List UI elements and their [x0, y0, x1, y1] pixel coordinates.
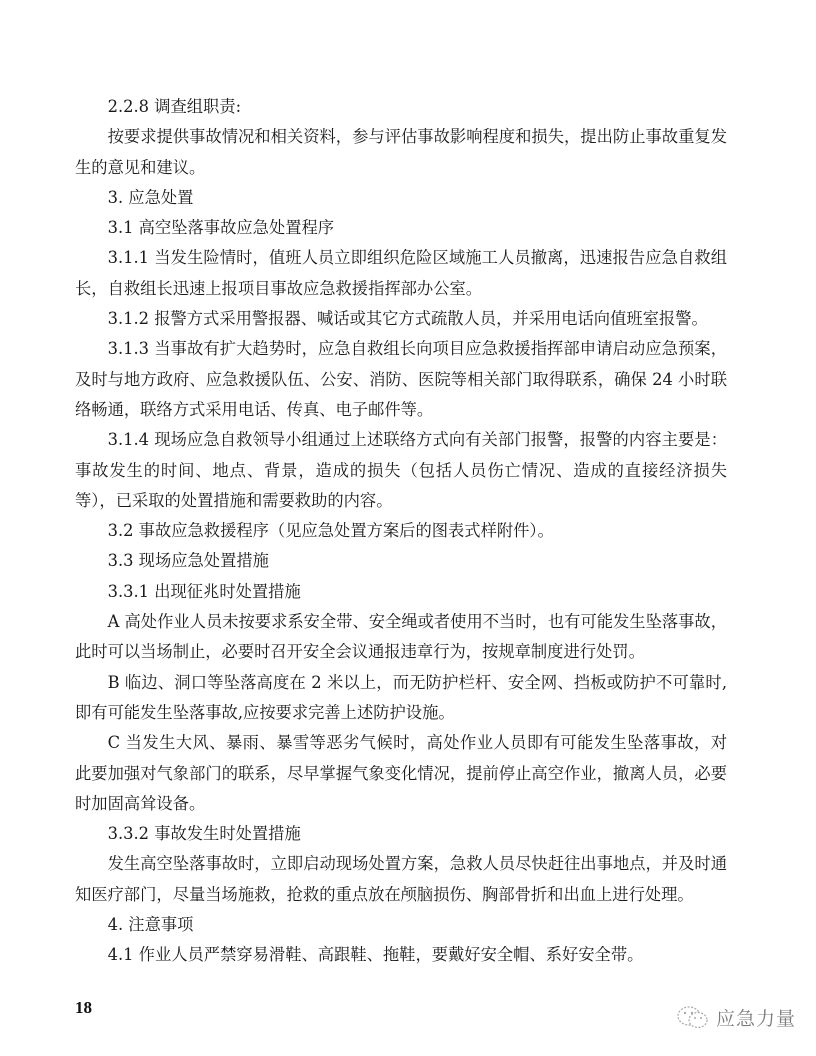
heading-3-3-1: 3.3.1 出现征兆时处置措施: [75, 577, 727, 607]
document-body: 2.2.8 调查组职责: 按要求提供事故情况和相关资料，参与评估事故影响程度和损…: [75, 92, 727, 971]
wechat-icon: [676, 1005, 710, 1031]
paragraph-3-3-2: 发生高空坠落事故时，立即启动现场处置方案，急救人员尽快赶往出事地点，并及时通知医…: [75, 849, 727, 910]
paragraph-4-1: 4.1 作业人员严禁穿易滑鞋、高跟鞋、拖鞋，要戴好安全帽、系好安全带。: [75, 940, 727, 970]
paragraph-item-a: A 高处作业人员未按要求系安全带、安全绳或者使用不当时，也有可能发生坠落事故，此…: [75, 607, 727, 668]
paragraph-investigation-duties: 按要求提供事故情况和相关资料，参与评估事故影响程度和损失，提出防止事故重复发生的…: [75, 122, 727, 183]
heading-3-1: 3.1 高空坠落事故应急处置程序: [75, 213, 727, 243]
paragraph-3-1-3: 3.1.3 当事故有扩大趋势时，应急自救组长向项目应急救援指挥部申请启动应急预案…: [75, 334, 727, 425]
page-number: 18: [75, 998, 92, 1018]
heading-3-3-2: 3.3.2 事故发生时处置措施: [75, 819, 727, 849]
heading-3-3: 3.3 现场应急处置措施: [75, 546, 727, 576]
paragraph-3-1-1: 3.1.1 当发生险情时，值班人员立即组织危险区域施工人员撤离，迅速报告应急自救…: [75, 243, 727, 304]
paragraph-item-b: B 临边、洞口等坠落高度在 2 米以上，而无防护栏杆、安全网、挡板或防护不可靠时…: [75, 668, 727, 729]
heading-3-emergency-response: 3. 应急处置: [75, 183, 727, 213]
paragraph-3-1-2: 3.1.2 报警方式采用警报器、喊话或其它方式疏散人员，并采用电话向值班室报警。: [75, 304, 727, 334]
paragraph-3-2: 3.2 事故应急救援程序（见应急处置方案后的图表式样附件）。: [75, 516, 727, 546]
paragraph-3-1-4: 3.1.4 现场应急自救领导小组通过上述联络方式向有关部门报警，报警的内容主要是…: [75, 425, 727, 516]
heading-4-notes: 4. 注意事项: [75, 910, 727, 940]
watermark-text: 应急力量: [716, 1004, 796, 1031]
heading-2-2-8: 2.2.8 调查组职责:: [75, 92, 727, 122]
watermark: 应急力量: [676, 1004, 796, 1031]
paragraph-item-c: C 当发生大风、暴雨、暴雪等恶劣气候时，高处作业人员即有可能发生坠落事故，对此要…: [75, 728, 727, 819]
